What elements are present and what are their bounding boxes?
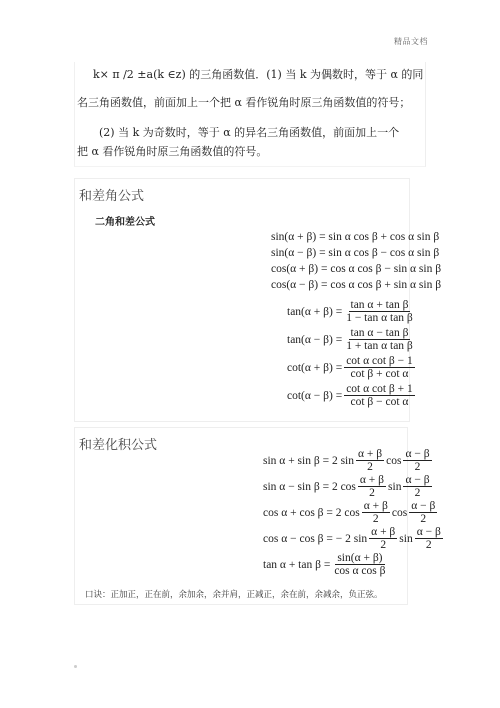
formula-lhs: tan(α + β) =	[287, 306, 342, 318]
numerator: α + β	[358, 474, 386, 487]
formula-lhs: sin α + sin β = 2 sin	[263, 455, 354, 467]
mnemonic-text: 口诀：正加正，正在前，余加余，余并肩，正减正，余在前，余减余，负正弦。	[85, 588, 383, 600]
denominator: 1 + tan α tan β	[344, 340, 415, 352]
denominator: cot β + cot α	[349, 368, 411, 380]
fraction: cot α cot β − 1 cot β + cot α	[344, 355, 415, 380]
formula-mid: sin	[388, 481, 401, 493]
formula-line: cos(α + β) = cos α cos β − sin α sin β	[271, 263, 441, 275]
sum-difference-formulas-box: 和差角公式 二角和差公式 sin(α + β) = sin α cos β + …	[74, 178, 410, 422]
fraction-formula: cot(α + β) = cot α cot β − 1 cot β + cot…	[287, 355, 417, 380]
fraction: tan α − tan β 1 + tan α tan β	[344, 327, 415, 352]
numerator: α + β	[362, 500, 390, 513]
section-subtitle: 二角和差公式	[95, 213, 155, 228]
fraction: cot α cot β + 1 cot β − cot α	[344, 383, 415, 408]
denominator: 2	[413, 487, 423, 499]
section-title: 和差化积公式	[79, 434, 157, 453]
fraction: α − β2	[403, 474, 431, 499]
formula-mid: cos	[392, 507, 407, 519]
numerator: cot α cot β − 1	[344, 355, 415, 368]
fraction: α + β2	[362, 500, 390, 525]
formula-lhs: sin α − sin β = 2 cos	[263, 481, 356, 493]
denominator: 2	[424, 539, 434, 551]
fraction: α + β2	[369, 526, 397, 551]
intro-line-2: 名三角函数值，前面加上一个把 α 看作锐角时原三角函数值的符号；	[77, 96, 410, 110]
denominator: 1 − tan α tan β	[344, 312, 415, 324]
denominator: 2	[418, 513, 428, 525]
fraction-formula: tan(α − β) = tan α − tan β 1 + tan α tan…	[287, 327, 417, 352]
formula-line: sin(α + β) = sin α cos β + cos α sin β	[271, 231, 439, 243]
denominator: cos α cos β	[332, 565, 387, 577]
formula-mid: sin	[399, 533, 412, 545]
fraction: α − β2	[403, 448, 431, 473]
fraction-formula: tan(α + β) = tan α + tan β 1 − tan α tan…	[287, 299, 417, 324]
formula-lhs: tan α + tan β =	[263, 559, 330, 571]
numerator: α − β	[403, 448, 431, 461]
formula-lhs: cot(α − β) =	[287, 390, 342, 402]
formula-lhs: cot(α + β) =	[287, 362, 342, 374]
numerator: cot α cot β + 1	[344, 383, 415, 396]
numerator: α − β	[403, 474, 431, 487]
intro-line-4: 把 α 看作锐角时原三角函数值的符号。	[77, 145, 267, 159]
fraction: α − β2	[415, 526, 443, 551]
document-header-mark: 精品文档	[394, 36, 428, 47]
formula-line: sin(α − β) = sin α cos β − cos α sin β	[271, 247, 439, 259]
numerator: α − β	[415, 526, 443, 539]
fraction-formula: cot(α − β) = cot α cot β + 1 cot β − cot…	[287, 383, 417, 408]
formula-lhs: tan(α − β) =	[287, 334, 342, 346]
tan-sum-formula: tan α + tan β = sin(α + β)cos α cos β	[263, 552, 390, 577]
section-title: 和差角公式	[79, 185, 144, 204]
intro-line-3: (2) 当 k 为奇数时，等于 α 的异名三角函数值，前面加上一个	[99, 126, 399, 140]
formula-lhs: cos α + cos β = 2 cos	[263, 507, 360, 519]
intro-line-1: k× π /2 ±a(k ∈z) 的三角函数值．(1) 当 k 为偶数时，等于 …	[93, 68, 423, 82]
numerator: α − β	[409, 500, 437, 513]
fraction: tan α + tan β 1 − tan α tan β	[344, 299, 415, 324]
denominator: 2	[413, 461, 423, 473]
sum-to-product-formula: sin α − sin β = 2 cos α + β2 sin α − β2	[263, 474, 434, 499]
sum-to-product-formula: sin α + sin β = 2 sin α + β2 cos α − β2	[263, 448, 434, 473]
fraction: α + β2	[358, 474, 386, 499]
formula-line: cos(α − β) = cos α cos β + sin α sin β	[271, 279, 441, 291]
sum-to-product-formula: cos α + cos β = 2 cos α + β2 cos α − β2	[263, 500, 439, 525]
fraction: sin(α + β)cos α cos β	[332, 552, 387, 577]
formula-lhs: cos α − cos β = − 2 sin	[263, 533, 367, 545]
numerator: sin(α + β)	[335, 552, 384, 565]
sum-to-product-formula: cos α − cos β = − 2 sin α + β2 sin α − β…	[263, 526, 445, 551]
intro-text-block: k× π /2 ±a(k ∈z) 的三角函数值．(1) 当 k 为偶数时，等于 …	[74, 62, 426, 167]
denominator: 2	[367, 487, 377, 499]
denominator: 2	[371, 513, 381, 525]
fraction: α + β2	[356, 448, 384, 473]
denominator: cot β − cot α	[349, 396, 411, 408]
numerator: α + β	[356, 448, 384, 461]
fraction: α − β2	[409, 500, 437, 525]
numerator: tan α + tan β	[349, 299, 411, 312]
denominator: 2	[365, 461, 375, 473]
sum-to-product-formulas-box: 和差化积公式 sin α + sin β = 2 sin α + β2 cos …	[74, 427, 408, 605]
formula-mid: cos	[386, 455, 401, 467]
page-footer-mark	[74, 665, 77, 668]
denominator: 2	[378, 539, 388, 551]
numerator: tan α − tan β	[349, 327, 411, 340]
numerator: α + β	[369, 526, 397, 539]
